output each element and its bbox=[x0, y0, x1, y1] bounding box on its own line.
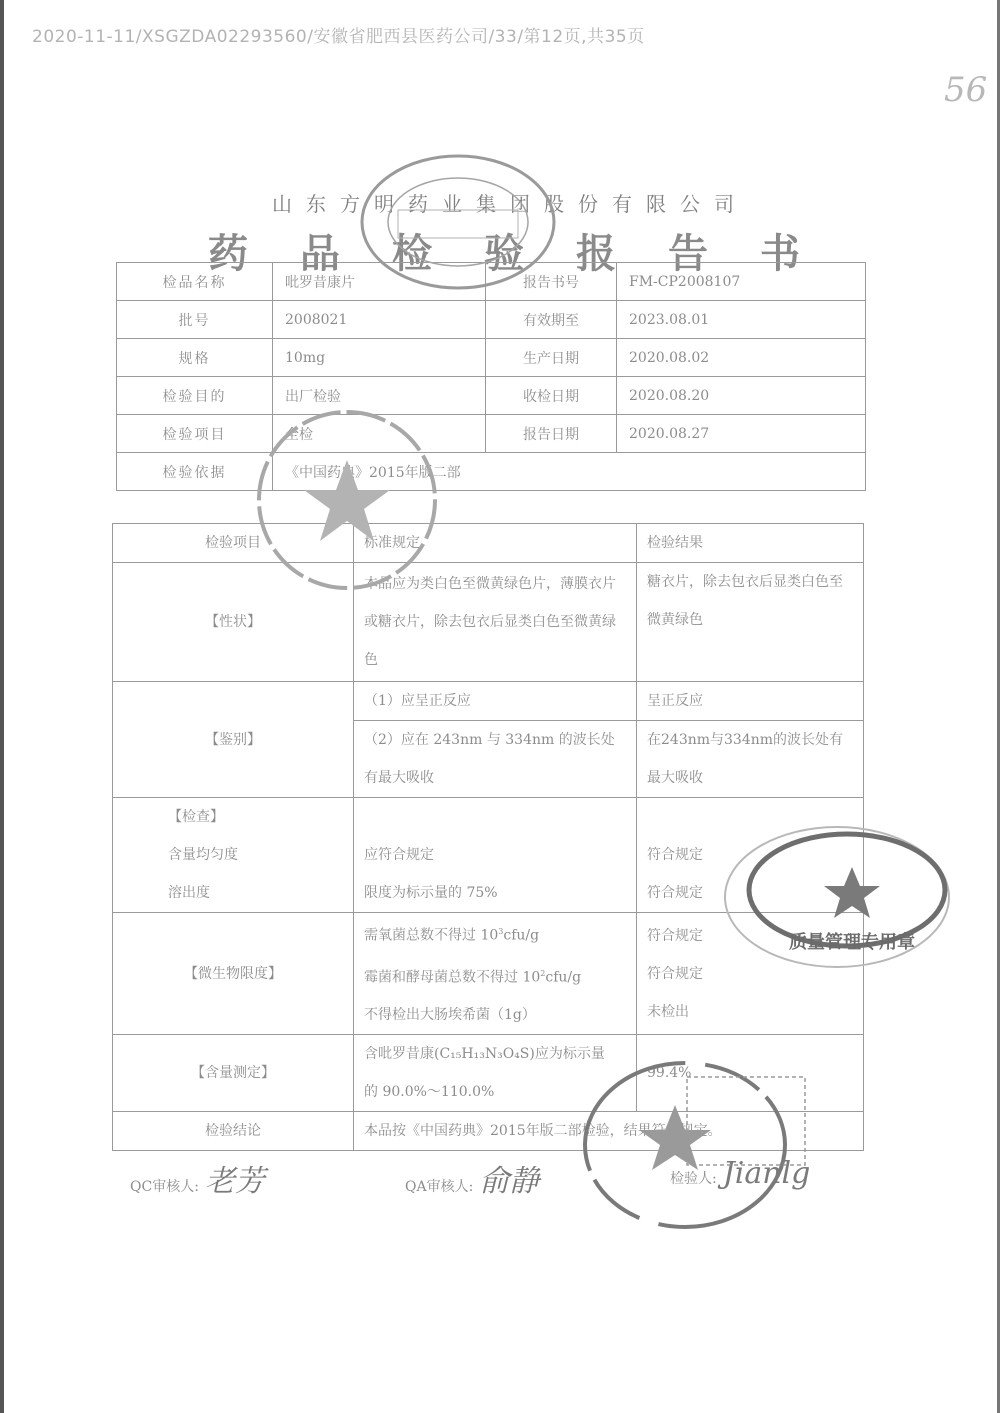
purpose-value: 出厂检验 bbox=[273, 377, 486, 415]
inspection-standard-1: 应符合规定 bbox=[364, 836, 626, 874]
microbial-standard-3: 不得检出大肠埃希菌（1g） bbox=[364, 996, 626, 1034]
product-info-table: 检品名称 吡罗昔康片 报告书号 FM-CP2008107 批号 2008021 … bbox=[116, 262, 866, 491]
scan-header-stamp: 2020-11-11/XSGZDA02293560/安徽省肥西县医药公司/33/… bbox=[32, 22, 645, 47]
product-name-value: 吡罗昔康片 bbox=[273, 263, 486, 301]
assay-result: 99.4% bbox=[637, 1035, 864, 1112]
qa-signature: QA审核人:俞静 bbox=[405, 1156, 539, 1200]
info-row: 规格 10mg 生产日期 2020.08.02 bbox=[117, 339, 866, 377]
header-item: 检验项目 bbox=[113, 524, 354, 563]
product-name-label: 检品名称 bbox=[117, 263, 273, 301]
appearance-row: 【性状】 本品应为类白色至微黄绿色片，薄膜衣片或糖衣片，除去包衣后显类白色至微黄… bbox=[113, 563, 864, 682]
handwritten-page-number: 56 bbox=[944, 70, 987, 110]
received-date-value: 2020.08.20 bbox=[617, 377, 866, 415]
info-row: 检验依据 《中国药典》2015年版二部 bbox=[117, 453, 866, 491]
identification-result-2: 在243nm与334nm的波长处有最大吸收 bbox=[637, 721, 864, 798]
microbial-results: 符合规定 符合规定 未检出 bbox=[637, 913, 864, 1035]
inspector-handwritten-signature: Jianlg bbox=[723, 1156, 811, 1191]
results-header-row: 检验项目 标准规定 检验结果 bbox=[113, 524, 864, 563]
conclusion-text: 本品按《中国药典》2015年版二部检验，结果符合规定。 bbox=[354, 1112, 864, 1151]
header-result: 检验结果 bbox=[637, 524, 864, 563]
microbial-row: 【微生物限度】 需氧菌总数不得过 103cfu/g 霉菌和酵母菌总数不得过 10… bbox=[113, 913, 864, 1035]
inspection-results: 符合规定 符合规定 bbox=[637, 798, 864, 913]
conclusion-label: 检验结论 bbox=[113, 1112, 354, 1151]
appearance-item: 【性状】 bbox=[113, 563, 354, 682]
microbial-standard-2: 霉菌和酵母菌总数不得过 102cfu/g bbox=[364, 955, 626, 997]
qa-handwritten-signature: 俞静 bbox=[479, 1164, 539, 1199]
report-no-value: FM-CP2008107 bbox=[617, 263, 866, 301]
identification-result-1: 呈正反应 bbox=[637, 682, 864, 721]
info-row: 检验项目 全检 报告日期 2020.08.27 bbox=[117, 415, 866, 453]
inspection-result-1: 符合规定 bbox=[647, 836, 853, 874]
inspector-signature: 检验人:Jianlg bbox=[670, 1156, 810, 1191]
signature-row: QC审核人:老芳 QA审核人:俞静 检验人:Jianlg bbox=[130, 1148, 890, 1228]
identification-standard-1: （1）应呈正反应 bbox=[354, 682, 637, 721]
basis-label: 检验依据 bbox=[117, 453, 273, 491]
qa-label: QA审核人: bbox=[405, 1179, 473, 1195]
identification-row: 【鉴别】 （1）应呈正反应 呈正反应 bbox=[113, 682, 864, 721]
qc-signature: QC审核人:老芳 bbox=[130, 1156, 265, 1200]
expiry-value: 2023.08.01 bbox=[617, 301, 866, 339]
purpose-label: 检验目的 bbox=[117, 377, 273, 415]
spec-value: 10mg bbox=[273, 339, 486, 377]
inspection-result-2: 符合规定 bbox=[647, 874, 853, 912]
assay-standard: 含吡罗昔康(C₁₅H₁₃N₃O₄S)应为标示量 的 90.0%～110.0% bbox=[354, 1035, 637, 1112]
expiry-label: 有效期至 bbox=[486, 301, 617, 339]
inspection-row: 【检查】 含量均匀度 溶出度 应符合规定 限度为标示量的 75% 符合规定 符合… bbox=[113, 798, 864, 913]
qc-handwritten-signature: 老芳 bbox=[205, 1164, 265, 1199]
report-no-label: 报告书号 bbox=[486, 263, 617, 301]
basis-value: 《中国药典》2015年版二部 bbox=[273, 453, 866, 491]
spec-label: 规格 bbox=[117, 339, 273, 377]
batch-label: 批号 bbox=[117, 301, 273, 339]
conclusion-row: 检验结论 本品按《中国药典》2015年版二部检验，结果符合规定。 bbox=[113, 1112, 864, 1151]
microbial-result-1: 符合规定 bbox=[647, 917, 853, 955]
test-results-table: 检验项目 标准规定 检验结果 【性状】 本品应为类白色至微黄绿色片，薄膜衣片或糖… bbox=[112, 523, 864, 1151]
microbial-result-2: 符合规定 bbox=[647, 955, 853, 993]
inspector-label: 检验人: bbox=[670, 1171, 717, 1187]
inspection-standard-2: 限度为标示量的 75% bbox=[364, 874, 626, 912]
batch-value: 2008021 bbox=[273, 301, 486, 339]
inspection-standards: 应符合规定 限度为标示量的 75% bbox=[354, 798, 637, 913]
received-date-label: 收检日期 bbox=[486, 377, 617, 415]
appearance-standard: 本品应为类白色至微黄绿色片，薄膜衣片或糖衣片，除去包衣后显类白色至微黄绿色 bbox=[354, 563, 637, 682]
mfg-date-value: 2020.08.02 bbox=[617, 339, 866, 377]
mfg-date-label: 生产日期 bbox=[486, 339, 617, 377]
identification-standard-2: （2）应在 243nm 与 334nm 的波长处有最大吸收 bbox=[354, 721, 637, 798]
report-date-label: 报告日期 bbox=[486, 415, 617, 453]
microbial-standards: 需氧菌总数不得过 103cfu/g 霉菌和酵母菌总数不得过 102cfu/g 不… bbox=[354, 913, 637, 1035]
info-row: 批号 2008021 有效期至 2023.08.01 bbox=[117, 301, 866, 339]
microbial-item: 【微生物限度】 bbox=[113, 913, 354, 1035]
inspection-name-1: 含量均匀度 bbox=[168, 836, 343, 874]
microbial-result-3: 未检出 bbox=[647, 993, 853, 1031]
inspection-name-2: 溶出度 bbox=[168, 874, 343, 912]
identification-item: 【鉴别】 bbox=[113, 682, 354, 798]
header-standard: 标准规定 bbox=[354, 524, 637, 563]
microbial-standard-1: 需氧菌总数不得过 103cfu/g bbox=[364, 913, 626, 955]
assay-item: 【含量测定】 bbox=[113, 1035, 354, 1112]
assay-row: 【含量测定】 含吡罗昔康(C₁₅H₁₃N₃O₄S)应为标示量 的 90.0%～1… bbox=[113, 1035, 864, 1112]
inspection-item: 【检查】 含量均匀度 溶出度 bbox=[113, 798, 354, 913]
appearance-result: 糖衣片，除去包衣后显类白色至微黄绿色 bbox=[637, 563, 864, 682]
company-name: 山东方明药业集团股份有限公司 bbox=[0, 188, 1000, 217]
report-date-value: 2020.08.27 bbox=[617, 415, 866, 453]
info-row: 检品名称 吡罗昔康片 报告书号 FM-CP2008107 bbox=[117, 263, 866, 301]
inspection-heading: 【检查】 bbox=[168, 798, 343, 836]
qc-label: QC审核人: bbox=[130, 1179, 199, 1195]
info-row: 检验目的 出厂检验 收检日期 2020.08.20 bbox=[117, 377, 866, 415]
items-label: 检验项目 bbox=[117, 415, 273, 453]
items-value: 全检 bbox=[273, 415, 486, 453]
